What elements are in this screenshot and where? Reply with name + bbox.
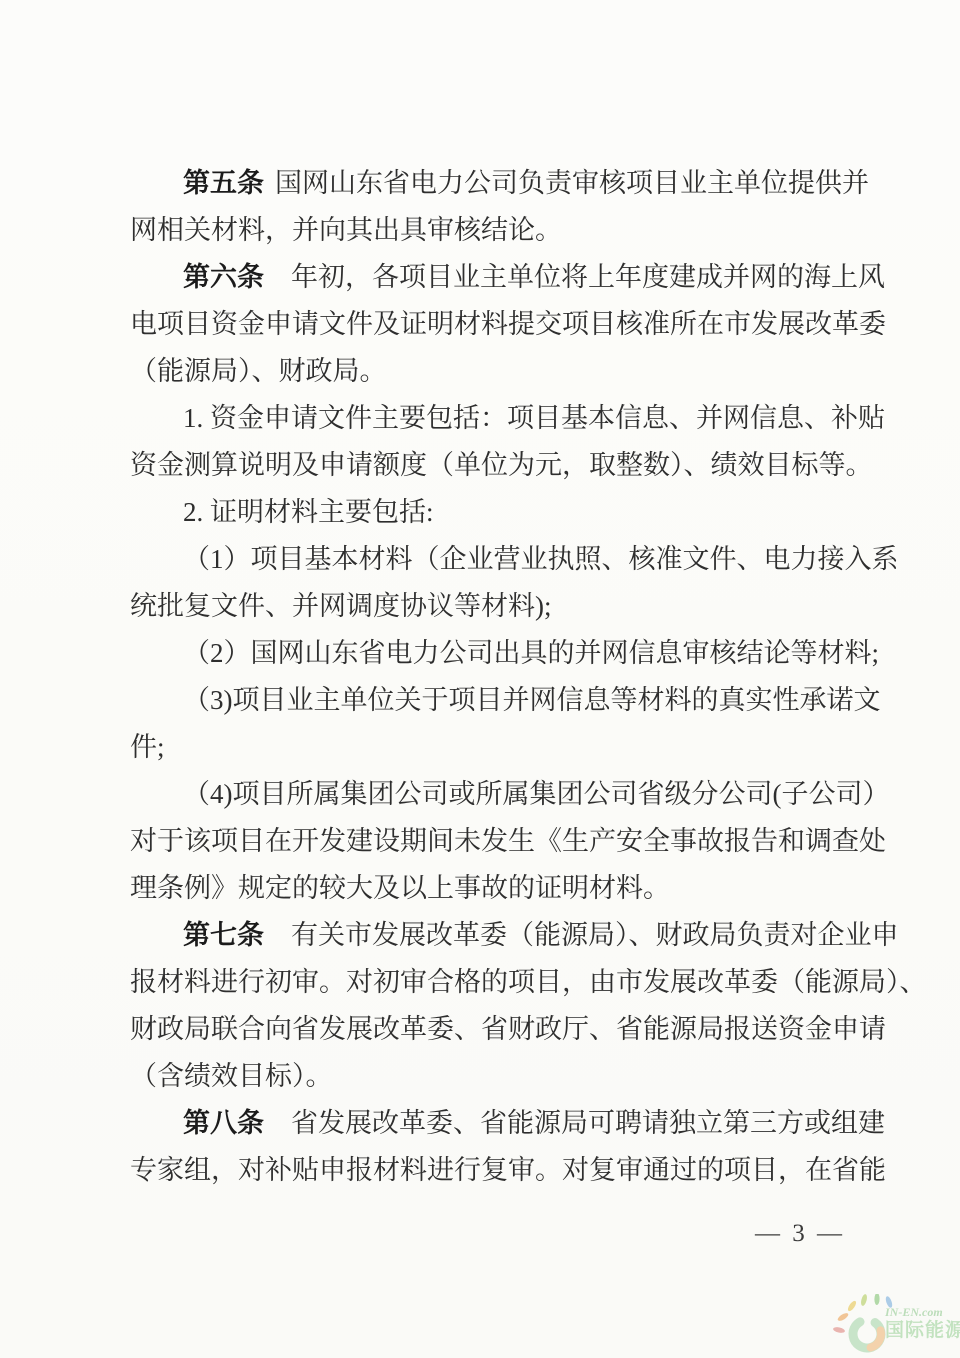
doc-line: 件; (130, 724, 870, 771)
doc-line: 第七条有关市发展改革委（能源局）、财政局负责对企业申 (130, 912, 870, 959)
doc-line: 理条例》规定的较大及以上事故的证明材料。 (130, 865, 870, 912)
doc-line: 1. 资金申请文件主要包括：项目基本信息、并网信息、补贴 (130, 395, 870, 442)
doc-line: 网相关材料，并向其出具审核结论。 (130, 207, 870, 254)
doc-line: 对于该项目在开发建设期间未发生《生产安全事故报告和调查处 (130, 818, 870, 865)
watermark-name-label: 国际能源网 (885, 1321, 960, 1340)
doc-line: 资金测算说明及申请额度（单位为元，取整数）、绩效目标等。 (130, 442, 870, 489)
article-term: 第八条 (183, 1108, 264, 1138)
document-body: 第五条国网山东省电力公司负责审核项目业主单位提供并 网相关材料，并向其出具审核结… (130, 160, 870, 1194)
doc-line-text: 年初，各项目业主单位将上年度建成并网的海上风 (291, 262, 885, 292)
doc-line: 第六条年初，各项目业主单位将上年度建成并网的海上风 (130, 254, 870, 301)
doc-line: （1）项目基本材料（企业营业执照、核准文件、电力接入系 (130, 536, 870, 583)
doc-line: 报材料进行初审。对初审合格的项目，由市发展改革委（能源局）、 (130, 959, 870, 1006)
page-number: — 3 — (755, 1220, 845, 1248)
doc-line: 第五条国网山东省电力公司负责审核项目业主单位提供并 (130, 160, 870, 207)
doc-line: 2. 证明材料主要包括: (130, 489, 870, 536)
doc-line: 电项目资金申请文件及证明材料提交项目核准所在市发展改革委 (130, 301, 870, 348)
doc-line-text: 省发展改革委、省能源局可聘请独立第三方或组建 (291, 1108, 885, 1138)
doc-line: （4)项目所属集团公司或所属集团公司省级分公司(子公司） (130, 771, 870, 818)
document-page: 第五条国网山东省电力公司负责审核项目业主单位提供并 网相关材料，并向其出具审核结… (0, 0, 960, 1358)
doc-line: 统批复文件、并网调度协议等材料); (130, 583, 870, 630)
doc-line: 专家组，对补贴申报材料进行复审。对复审通过的项目，在省能 (130, 1147, 870, 1194)
doc-line: （含绩效目标）。 (130, 1053, 870, 1100)
doc-line: （2）国网山东省电力公司出具的并网信息审核结论等材料; (130, 630, 870, 677)
doc-line-text: 国网山东省电力公司负责审核项目业主单位提供并 (275, 168, 869, 198)
doc-line: 财政局联合向省发展改革委、省财政厅、省能源局报送资金申请 (130, 1006, 870, 1053)
article-term: 第五条 (183, 168, 264, 198)
doc-line: （3)项目业主单位关于项目并网信息等材料的真实性承诺文 (130, 677, 870, 724)
watermark-site-label: IN-EN.com (885, 1306, 960, 1318)
doc-line: 第八条省发展改革委、省能源局可聘请独立第三方或组建 (130, 1100, 870, 1147)
in-en-watermark: IN-EN.com 国际能源网 (833, 1294, 960, 1358)
doc-line-text: 有关市发展改革委（能源局）、财政局负责对企业申 (291, 920, 899, 950)
article-term: 第六条 (183, 262, 264, 292)
article-term: 第七条 (183, 920, 264, 950)
doc-line: （能源局）、财政局。 (130, 348, 870, 395)
